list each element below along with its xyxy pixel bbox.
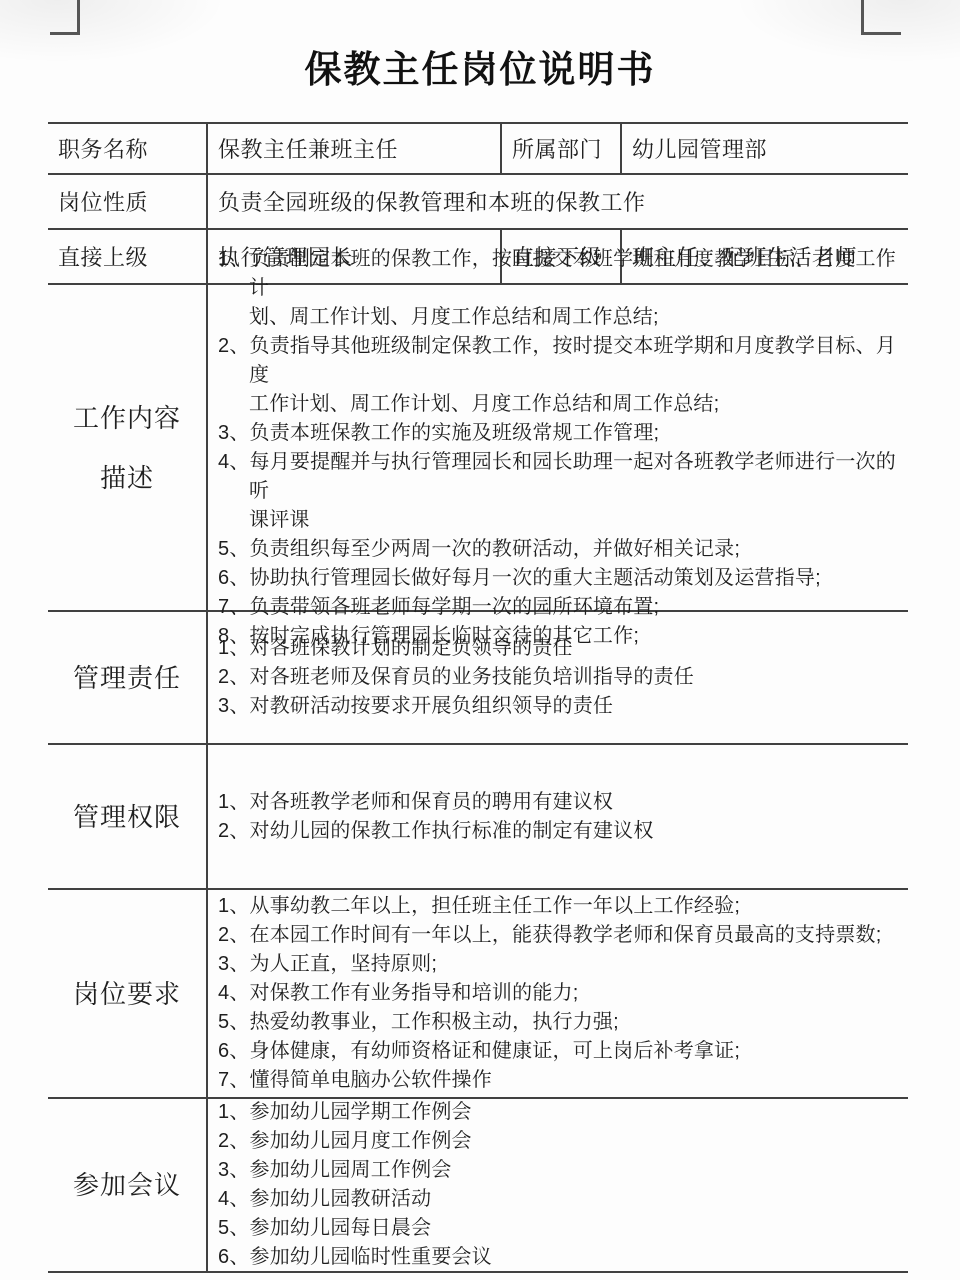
list-item-text: 身体健康，有幼师资格证和健康证，可上岗后补考拿证; [250, 1040, 741, 1062]
corner-mark-left-icon [50, 0, 80, 35]
list-item-number: 5、 [218, 1011, 250, 1033]
list-item-text: 在本园工作时间有一年以上，能获得教学老师和保育员最高的支持票数; [250, 924, 882, 946]
list-item-number: 6、 [218, 1040, 250, 1062]
list-item-number: 2、 [218, 666, 250, 688]
list-item: 3、参加幼儿园周工作例会 [218, 1156, 908, 1185]
section-item-list: 1、参加幼儿园学期工作例会2、参加幼儿园月度工作例会3、参加幼儿园周工作例会4、… [208, 1099, 908, 1271]
list-item-text: 参加幼儿园学期工作例会 [250, 1101, 472, 1123]
list-item-text: 对各班保教计划的制定负领导的责任 [250, 637, 573, 659]
list-item-number: 3、 [218, 953, 250, 975]
section-row: 参加会议 1、参加幼儿园学期工作例会2、参加幼儿园月度工作例会3、参加幼儿园周工… [48, 1099, 908, 1273]
list-item: 1、对各班教学老师和保育员的聘用有建议权 [218, 788, 908, 817]
row-position-nature: 岗位性质 负责全园班级的保教管理和本班的保教工作 [48, 175, 908, 230]
section-row: 岗位要求 1、从事幼教二年以上，担任班主任工作一年以上工作经验;2、在本园工作时… [48, 890, 908, 1099]
list-item-number: 3、 [218, 695, 250, 717]
list-item-text: 热爱幼教事业，工作积极主动，执行力强; [250, 1011, 619, 1033]
list-item-text: 每月要提醒并与执行管理园长和园长助理一起对各班教学老师进行一次的听 课评课 [249, 451, 896, 531]
section-item-list: 1、对各班教学老师和保育员的聘用有建议权2、对幼儿园的保教工作执行标准的制定有建… [208, 745, 908, 888]
page-title: 保教主任岗位说明书 [0, 39, 960, 93]
section-label-line: 管理权限 [48, 787, 206, 847]
list-item-number: 1、 [218, 791, 250, 813]
list-item-number: 7、 [218, 1069, 250, 1091]
list-item: 2、参加幼儿园月度工作例会 [218, 1127, 908, 1156]
list-item-number: 5、 [218, 538, 250, 560]
section-label: 管理权限 [48, 745, 208, 888]
list-item: 1、负责制定本班的保教工作，按时提交本班学期和月度教学目标、月度工作计 划、周工… [218, 245, 908, 332]
section-item-list: 1、从事幼教二年以上，担任班主任工作一年以上工作经验;2、在本园工作时间有一年以… [208, 890, 908, 1097]
section-label-line: 参加会议 [48, 1155, 206, 1215]
list-item-number: 2、 [218, 335, 250, 357]
department-value: 幼儿园管理部 [622, 124, 908, 173]
list-item: 6、参加幼儿园临时性重要会议 [218, 1243, 908, 1272]
list-item-text: 负责指导其他班级制定保教工作，按时提交本班学期和月度教学目标、月度 工作计划、周… [249, 335, 896, 415]
section-label-line: 工作内容 [48, 388, 206, 448]
list-item-number: 1、 [218, 895, 250, 917]
position-nature-value: 负责全园班级的保教管理和本班的保教工作 [208, 175, 908, 228]
list-item-text: 从事幼教二年以上，担任班主任工作一年以上工作经验; [250, 895, 741, 917]
list-item-text: 对幼儿园的保教工作执行标准的制定有建议权 [250, 820, 654, 842]
section-label: 管理责任 [48, 612, 208, 743]
list-item-number: 5、 [218, 1217, 250, 1239]
list-item: 1、对各班保教计划的制定负领导的责任 [218, 634, 908, 663]
section-item-list: 1、负责制定本班的保教工作，按时提交本班学期和月度教学目标、月度工作计 划、周工… [208, 285, 908, 610]
section-label: 工作内容描述 [48, 285, 208, 610]
list-item: 4、参加幼儿园教研活动 [218, 1185, 908, 1214]
list-item-text: 参加幼儿园教研活动 [250, 1188, 432, 1210]
list-item: 4、对保教工作有业务指导和培训的能力; [218, 979, 908, 1008]
list-item: 4、每月要提醒并与执行管理园长和园长助理一起对各班教学老师进行一次的听 课评课 [218, 448, 908, 535]
job-description-table: 职务名称 保教主任兼班主任 所属部门 幼儿园管理部 岗位性质 负责全园班级的保教… [48, 122, 908, 1273]
section-row: 管理责任 1、对各班保教计划的制定负领导的责任2、对各班老师及保育员的业务技能负… [48, 612, 908, 745]
list-item: 6、协助执行管理园长做好每月一次的重大主题活动策划及运营指导; [218, 564, 908, 593]
list-item: 6、身体健康，有幼师资格证和健康证，可上岗后补考拿证; [218, 1037, 908, 1066]
list-item-text: 对各班教学老师和保育员的聘用有建议权 [250, 791, 614, 813]
list-item: 1、从事幼教二年以上，担任班主任工作一年以上工作经验; [218, 892, 908, 921]
list-item-number: 4、 [218, 1188, 250, 1210]
list-item-number: 1、 [218, 637, 250, 659]
department-label: 所属部门 [502, 124, 622, 173]
row-job-name: 职务名称 保教主任兼班主任 所属部门 幼儿园管理部 [48, 124, 908, 175]
direct-superior-label: 直接上级 [48, 230, 208, 283]
position-nature-label: 岗位性质 [48, 175, 208, 228]
list-item-number: 6、 [218, 1246, 250, 1268]
section-row: 工作内容描述 1、负责制定本班的保教工作，按时提交本班学期和月度教学目标、月度工… [48, 285, 908, 612]
job-name-value: 保教主任兼班主任 [208, 124, 502, 173]
list-item-text: 参加幼儿园临时性重要会议 [250, 1246, 492, 1268]
list-item-text: 懂得简单电脑办公软件操作 [250, 1069, 492, 1091]
list-item-text: 对教研活动按要求开展负组织领导的责任 [250, 695, 614, 717]
list-item-number: 4、 [218, 451, 250, 473]
list-item-text: 协助执行管理园长做好每月一次的重大主题活动策划及运营指导; [250, 567, 821, 589]
section-label-line: 管理责任 [48, 648, 206, 708]
list-item: 5、负责组织每至少两周一次的教研活动，并做好相关记录; [218, 535, 908, 564]
list-item-text: 对各班老师及保育员的业务技能负培训指导的责任 [250, 666, 694, 688]
list-item-text: 为人正直，坚持原则; [250, 953, 438, 975]
list-item-text: 负责本班保教工作的实施及班级常规工作管理; [250, 422, 660, 444]
list-item-text: 参加幼儿园每日晨会 [250, 1217, 432, 1239]
list-item-number: 3、 [218, 422, 250, 444]
list-item: 1、参加幼儿园学期工作例会 [218, 1098, 908, 1127]
list-item-number: 2、 [218, 820, 250, 842]
list-item: 2、负责指导其他班级制定保教工作，按时提交本班学期和月度教学目标、月度 工作计划… [218, 332, 908, 419]
list-item-text: 负责组织每至少两周一次的教研活动，并做好相关记录; [250, 538, 741, 560]
list-item: 3、负责本班保教工作的实施及班级常规工作管理; [218, 419, 908, 448]
list-item-number: 6、 [218, 567, 250, 589]
list-item-text: 参加幼儿园月度工作例会 [250, 1130, 472, 1152]
list-item-text: 负责制定本班的保教工作，按时提交本班学期和月度教学目标、月度工作计 划、周工作计… [249, 248, 896, 328]
list-item-number: 1、 [218, 248, 250, 270]
list-item-number: 3、 [218, 1159, 250, 1181]
corner-mark-right-icon [861, 0, 901, 35]
section-label-line: 描述 [48, 448, 206, 508]
list-item: 2、对幼儿园的保教工作执行标准的制定有建议权 [218, 817, 908, 846]
list-item: 7、懂得简单电脑办公软件操作 [218, 1066, 908, 1095]
section-row: 管理权限 1、对各班教学老师和保育员的聘用有建议权2、对幼儿园的保教工作执行标准… [48, 745, 908, 890]
section-label: 岗位要求 [48, 890, 208, 1097]
section-label: 参加会议 [48, 1099, 208, 1271]
list-item: 5、热爱幼教事业，工作积极主动，执行力强; [218, 1008, 908, 1037]
list-item-number: 2、 [218, 1130, 250, 1152]
section-label-line: 岗位要求 [48, 964, 206, 1024]
list-item-number: 1、 [218, 1101, 250, 1123]
list-item: 2、对各班老师及保育员的业务技能负培训指导的责任 [218, 663, 908, 692]
list-item: 3、为人正直，坚持原则; [218, 950, 908, 979]
job-name-label: 职务名称 [48, 124, 208, 173]
list-item: 5、参加幼儿园每日晨会 [218, 1214, 908, 1243]
list-item-text: 参加幼儿园周工作例会 [250, 1159, 452, 1181]
list-item-number: 2、 [218, 924, 250, 946]
list-item-number: 4、 [218, 982, 250, 1004]
section-item-list: 1、对各班保教计划的制定负领导的责任2、对各班老师及保育员的业务技能负培训指导的… [208, 612, 908, 743]
list-item-text: 对保教工作有业务指导和培训的能力; [250, 982, 579, 1004]
list-item: 3、对教研活动按要求开展负组织领导的责任 [218, 692, 908, 721]
list-item: 2、在本园工作时间有一年以上，能获得教学老师和保育员最高的支持票数; [218, 921, 908, 950]
